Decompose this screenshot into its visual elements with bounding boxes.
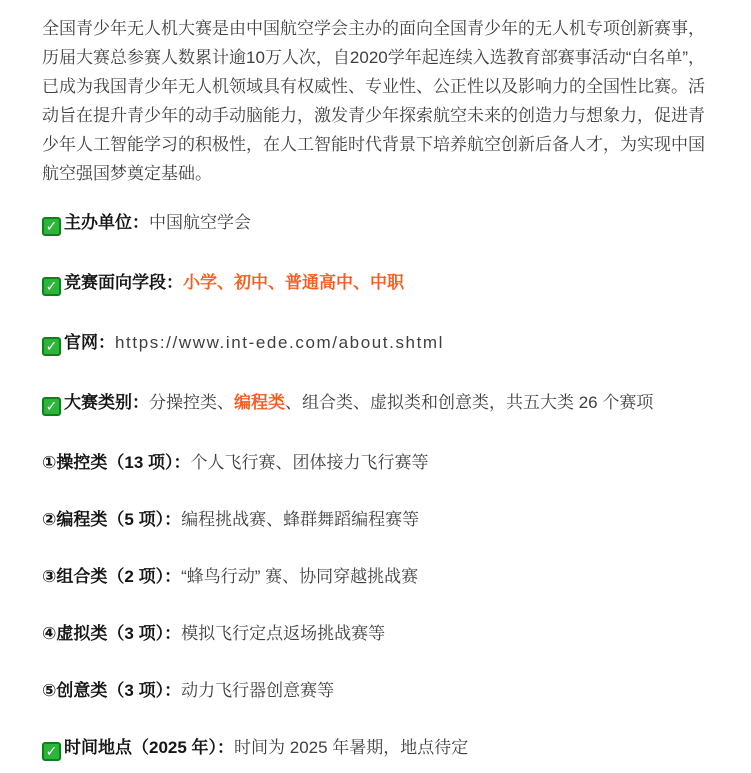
check-item: ✓大赛类别：分操控类、编程类、组合类、虚拟类和创意类，共五大类 26 个赛项	[42, 392, 711, 416]
item-value: 小学、初中、普通高中、中职	[183, 273, 404, 292]
item-value: 动力飞行器创意赛等	[181, 681, 334, 700]
article-page: 全国青少年无人机大赛是由中国航空学会主办的面向全国青少年的无人机专项创新赛事，历…	[0, 0, 751, 761]
check-item: ✓官网：https://www.int-ede.com/about.shtml	[42, 332, 711, 356]
item-value: 编程类	[234, 393, 285, 412]
numbered-item: ⑤创意类（3 项）：动力飞行器创意赛等	[42, 680, 711, 701]
item-value: 模拟飞行定点返场挑战赛等	[181, 624, 385, 643]
item-value: 个人飞行赛、团体接力飞行赛等	[191, 453, 429, 472]
numbered-item: ③组合类（2 项）：“蜂鸟行动” 赛、协同穿越挑战赛	[42, 566, 711, 587]
item-label: 竞赛面向学段：	[64, 273, 183, 292]
check-item: ✓竞赛面向学段：小学、初中、普通高中、中职	[42, 272, 711, 296]
item-label: 官网：	[64, 333, 115, 352]
item-label: ⑤创意类（3 项）：	[42, 681, 181, 700]
check-item: ✓时间地点（2025 年）：时间为 2025 年暑期，地点待定	[42, 737, 711, 761]
item-value: https://www.int-ede.com/about.shtml	[115, 333, 444, 352]
item-label: ②编程类（5 项）：	[42, 510, 181, 529]
item-label: ④虚拟类（3 项）：	[42, 624, 181, 643]
item-value: 中国航空学会	[149, 213, 251, 232]
item-label: 时间地点（2025 年）：	[64, 738, 234, 757]
items-list: ✓主办单位：中国航空学会✓竞赛面向学段：小学、初中、普通高中、中职✓官网：htt…	[42, 212, 711, 761]
check-mark-icon: ✓	[42, 277, 61, 296]
check-mark-icon: ✓	[42, 337, 61, 356]
item-value: 编程挑战赛、蜂群舞蹈编程赛等	[181, 510, 419, 529]
item-value: 分操控类、	[149, 393, 234, 412]
numbered-item: ④虚拟类（3 项）：模拟飞行定点返场挑战赛等	[42, 623, 711, 644]
item-value: 、组合类、虚拟类和创意类，共五大类 26 个赛项	[285, 393, 653, 412]
intro-paragraph: 全国青少年无人机大赛是由中国航空学会主办的面向全国青少年的无人机专项创新赛事，历…	[42, 14, 711, 188]
item-label: ③组合类（2 项）：	[42, 567, 181, 586]
check-mark-icon: ✓	[42, 217, 61, 236]
check-mark-icon: ✓	[42, 742, 61, 761]
item-value: 时间为 2025 年暑期，地点待定	[234, 738, 468, 757]
item-label: ①操控类（13 项）：	[42, 453, 191, 472]
numbered-item: ②编程类（5 项）：编程挑战赛、蜂群舞蹈编程赛等	[42, 509, 711, 530]
numbered-item: ①操控类（13 项）：个人飞行赛、团体接力飞行赛等	[42, 452, 711, 473]
check-mark-icon: ✓	[42, 397, 61, 416]
item-value: “蜂鸟行动” 赛、协同穿越挑战赛	[181, 567, 418, 586]
item-label: 主办单位：	[64, 213, 149, 232]
check-item: ✓主办单位：中国航空学会	[42, 212, 711, 236]
item-label: 大赛类别：	[64, 393, 149, 412]
